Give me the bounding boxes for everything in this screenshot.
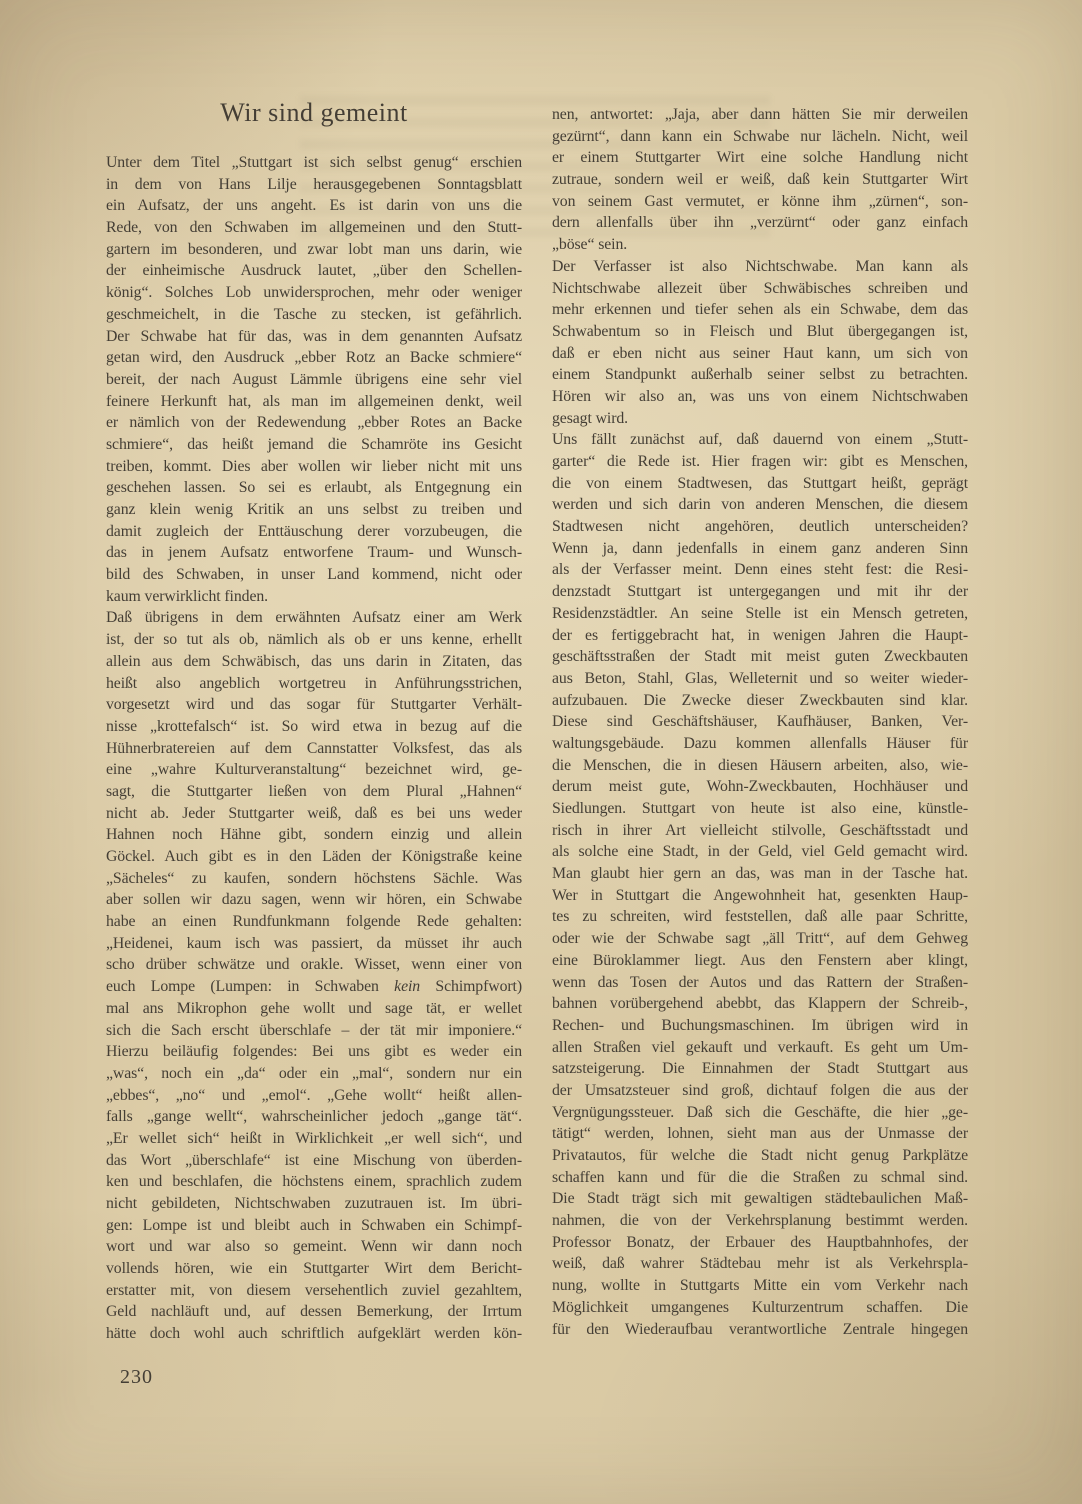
paragraph: Unter dem Titel „Stuttgart ist sich selb… bbox=[106, 152, 522, 607]
text-line: geschehen lassen. So sei es erlaubt, als… bbox=[106, 477, 522, 499]
text-line: bahnen vorübergehend abebbt, das Klapper… bbox=[552, 993, 968, 1015]
text-line: kaum verwirklicht finden. bbox=[106, 586, 522, 608]
text-line: gartern im besonderen, und zwar lobt man… bbox=[106, 239, 522, 261]
text-line: Hahnen noch Hähne gibt, sondern einzig u… bbox=[106, 824, 522, 846]
text-line: der einheimische Ausdruck lautet, „über … bbox=[106, 260, 522, 282]
text-line: Nichtschwabe allezeit über Schwäbisches … bbox=[552, 278, 968, 300]
text-line: oder wie der Schwabe sagt „äll Tritt“, a… bbox=[552, 928, 968, 950]
italic-text: kein bbox=[394, 978, 420, 995]
text-line: er nämlich von der Redewendung „ebber Ro… bbox=[106, 412, 522, 434]
text-line: erstatter mit, von diesem versehentlich … bbox=[106, 1280, 522, 1302]
text-line: allein aus dem Schwäbisch, das uns darin… bbox=[106, 651, 522, 673]
text-line: Geld nachläuft und, auf dessen Bemerkung… bbox=[106, 1301, 522, 1323]
text-line: wort und war also so gemeint. Wenn wir d… bbox=[106, 1236, 522, 1258]
text-line: könig“. Solches Lob unwidersprochen, meh… bbox=[106, 282, 522, 304]
text-line: falls „gange wellt“, wahrscheinlicher je… bbox=[106, 1106, 522, 1128]
text-line: eine „wahre Kulturveranstaltung“ bezeich… bbox=[106, 759, 522, 781]
text-line: Siedlungen. Stuttgart von heute ist also… bbox=[552, 798, 968, 820]
text-line: als solche eine Stadt, in der Geld, viel… bbox=[552, 841, 968, 863]
text-line: tes zu schreiten, wird feststellen, daß … bbox=[552, 906, 968, 928]
text-line: „ebbes“, „no“ und „emol“. „Gehe wollt“ h… bbox=[106, 1085, 522, 1107]
paragraph: Uns fällt zunächst auf, daß dauernd von … bbox=[552, 429, 968, 1340]
text-line: nung, wollte in Stuttgarts Mitte ein vom… bbox=[552, 1275, 968, 1297]
text-line: Der Schwabe hat für das, was in dem gena… bbox=[106, 326, 522, 348]
text-line: getan wird, den Ausdruck „ebber Rotz an … bbox=[106, 347, 522, 369]
text-line: satzsteigerung. Die Einnahmen der Stadt … bbox=[552, 1058, 968, 1080]
paragraph: Der Verfasser ist also Nichtschwabe. Man… bbox=[552, 256, 968, 430]
text-line: Professor Bonatz, der Erbauer des Hauptb… bbox=[552, 1232, 968, 1254]
text-line: die Menschen, die in diesen Häusern arbe… bbox=[552, 755, 968, 777]
text-line: nen, antwortet: „Jaja, aber dann hätten … bbox=[552, 104, 968, 126]
text-line: waltungsgebäude. Dazu kommen allenfalls … bbox=[552, 733, 968, 755]
text-line: wenn das Tosen der Autos und das Rattern… bbox=[552, 972, 968, 994]
text-line: zutraue, sondern weil er weiß, daß kein … bbox=[552, 169, 968, 191]
text-line: eine Büroklammer liegt. Aus den Fenstern… bbox=[552, 950, 968, 972]
text-line: „Heidenei, kaum isch was passiert, da mü… bbox=[106, 933, 522, 955]
text-line: ken und beschlafen, die höchstens einem,… bbox=[106, 1171, 522, 1193]
text-line: der es fertiggebracht hat, in wenigen Ja… bbox=[552, 625, 968, 647]
text-line: einem Standpunkt außerhalb seiner selbst… bbox=[552, 364, 968, 386]
text-line: Wer in Stuttgart die Angewohnheit hat, g… bbox=[552, 885, 968, 907]
text-line: „was“, noch ein „da“ oder ein „mal“, son… bbox=[106, 1063, 522, 1085]
text-line: schaffen kann und für die die Straßen zu… bbox=[552, 1167, 968, 1189]
left-column: Unter dem Titel „Stuttgart ist sich selb… bbox=[106, 152, 522, 1345]
text-line: sich die Sach erscht überschlafe – der t… bbox=[106, 1020, 522, 1042]
text-line: gesagt wird. bbox=[552, 408, 968, 430]
text-line: daß er eben nicht aus seiner Haut kann, … bbox=[552, 343, 968, 365]
text-line: nicht gebildeten, Nichtschwaben zuzutrau… bbox=[106, 1193, 522, 1215]
text-line: Privatautos, für welche die Stadt nicht … bbox=[552, 1145, 968, 1167]
text-segment: Schimpfwort) bbox=[420, 978, 522, 995]
text-line: Daß übrigens in dem erwähnten Aufsatz ei… bbox=[106, 607, 522, 629]
text-line: Diese sind Geschäftshäuser, Kaufhäuser, … bbox=[552, 711, 968, 733]
text-line: der Umsatzsteuer sind groß, dichtauf fol… bbox=[552, 1080, 968, 1102]
page-title: Wir sind gemeint bbox=[106, 98, 522, 128]
text-line: bereit, der nach August Lämmle übrigens … bbox=[106, 369, 522, 391]
right-column: nen, antwortet: „Jaja, aber dann hätten … bbox=[552, 104, 968, 1340]
text-line: euch Lompe (Lumpen: in Schwaben kein Sch… bbox=[106, 976, 522, 998]
text-line: damit zugleich der Enttäuschung derer vo… bbox=[106, 521, 522, 543]
text-line: Man glaubt hier gern an das, was man in … bbox=[552, 863, 968, 885]
text-line: Uns fällt zunächst auf, daß dauernd von … bbox=[552, 429, 968, 451]
paragraph: Daß übrigens in dem erwähnten Aufsatz ei… bbox=[106, 607, 522, 1344]
text-line: „Sächeles“ zu kaufen, sondern höchstens … bbox=[106, 868, 522, 890]
paragraph: nen, antwortet: „Jaja, aber dann hätten … bbox=[552, 104, 968, 256]
text-line: nicht ab. Jeder Stuttgarter weiß, daß es… bbox=[106, 803, 522, 825]
text-line: werden und sich darin von anderen Mensch… bbox=[552, 494, 968, 516]
text-line: Vergnügungssteuer. Daß sich die Geschäft… bbox=[552, 1102, 968, 1124]
text-line: von seinem Gast vermutet, er könne ihm „… bbox=[552, 191, 968, 213]
text-line: Schwabentum so in Fleisch und Blut überg… bbox=[552, 321, 968, 343]
text-line: denzstadt Stuttgart ist untergegangen un… bbox=[552, 581, 968, 603]
text-line: Der Verfasser ist also Nichtschwabe. Man… bbox=[552, 256, 968, 278]
text-line: Wenn ja, dann jedenfalls in einem ganz a… bbox=[552, 538, 968, 560]
text-line: Hören wir also an, was uns von einem Nic… bbox=[552, 386, 968, 408]
text-line: für den Wiederaufbau verantwortliche Zen… bbox=[552, 1319, 968, 1341]
text-line: scho drüber schwätze und orakle. Wisset,… bbox=[106, 954, 522, 976]
text-line: heißt also angeblich wortgetreu in Anfüh… bbox=[106, 673, 522, 695]
text-line: geschäftsstraßen der Stadt mit meist gut… bbox=[552, 646, 968, 668]
text-line: treiben, kommt. Dies aber wollen wir lie… bbox=[106, 456, 522, 478]
text-line: feinere Herkunft hat, als man im allgeme… bbox=[106, 391, 522, 413]
text-line: Stadtwesen nicht angehören, deutlich unt… bbox=[552, 516, 968, 538]
text-line: Hierzu beiläufig folgendes: Bei uns gibt… bbox=[106, 1041, 522, 1063]
text-line: aus Beton, Stahl, Glas, Welleternit und … bbox=[552, 668, 968, 690]
text-line: ist, der so tut als ob, nämlich als ob e… bbox=[106, 629, 522, 651]
text-line: allen Straßen viel gekauft und verkauft.… bbox=[552, 1037, 968, 1059]
text-line: Hühnerbratereien auf dem Cannstatter Vol… bbox=[106, 738, 522, 760]
text-line: als der Verfasser meint. Denn eines steh… bbox=[552, 559, 968, 581]
text-line: habe an einen Rundfunkmann folgende Rede… bbox=[106, 911, 522, 933]
text-line: Möglichkeit umgangenes Kulturzentrum sch… bbox=[552, 1297, 968, 1319]
text-line: aufzubauen. Die Zwecke dieser Zweckbaute… bbox=[552, 690, 968, 712]
text-line: er einem Stuttgarter Wirt eine solche Ha… bbox=[552, 147, 968, 169]
text-line: aber sollen wir dazu sagen, wenn wir hör… bbox=[106, 889, 522, 911]
text-line: bild des Schwaben, in unser Land kommend… bbox=[106, 564, 522, 586]
text-line: ganz klein wenig Kritik an uns selbst zu… bbox=[106, 499, 522, 521]
text-line: weiß, daß wahrer Städtebau mehr ist als … bbox=[552, 1253, 968, 1275]
text-line: die von einem Stadtwesen, das Stuttgart … bbox=[552, 473, 968, 495]
text-line: „böse“ sein. bbox=[552, 234, 968, 256]
text-line: Göckel. Auch gibt es in den Läden der Kö… bbox=[106, 846, 522, 868]
text-line: in dem von Hans Lilje herausgegebenen So… bbox=[106, 174, 522, 196]
text-line: das in jenem Aufsatz entworfene Traum- u… bbox=[106, 542, 522, 564]
book-page: Wir sind gemeint Unter dem Titel „Stuttg… bbox=[0, 0, 1082, 1504]
text-line: tätigt“ werden, lohnen, sieht man aus de… bbox=[552, 1123, 968, 1145]
text-line: nahmen, die von der Verkehrsplanung best… bbox=[552, 1210, 968, 1232]
text-segment: euch Lompe (Lumpen: in Schwaben bbox=[106, 978, 394, 995]
text-line: Die Stadt trägt sich mit gewaltigen städ… bbox=[552, 1188, 968, 1210]
text-line: derum meist gute, Wohn-Zweckbauten, Hoch… bbox=[552, 776, 968, 798]
text-line: gen: Lompe ist und bleibt auch in Schwab… bbox=[106, 1215, 522, 1237]
text-line: nisse „krottefalsch“ ist. So wird etwa i… bbox=[106, 716, 522, 738]
text-line: gezürnt“, dann kann ein Schwabe nur läch… bbox=[552, 126, 968, 148]
text-line: mehr erkennen und tiefer sehen als ein S… bbox=[552, 299, 968, 321]
text-line: Rede, von den Schwaben im allgemeinen un… bbox=[106, 217, 522, 239]
text-line: ein Aufsatz, der uns angeht. Es ist dari… bbox=[106, 195, 522, 217]
text-line: geschmeichelt, in die Tasche zu stecken,… bbox=[106, 304, 522, 326]
text-line: risch in ihrer Art vielleicht stilvolle,… bbox=[552, 820, 968, 842]
text-line: „Er wellet sich“ heißt in Wirklichkeit „… bbox=[106, 1128, 522, 1150]
text-line: dern allenfalls über ihn „verzürnt“ oder… bbox=[552, 212, 968, 234]
text-line: Rechen- und Buchungsmaschinen. Im übrige… bbox=[552, 1015, 968, 1037]
text-line: sagt, die Stuttgarter ließen von dem Plu… bbox=[106, 781, 522, 803]
page-number: 230 bbox=[120, 1366, 153, 1389]
text-line: hätte doch wohl auch schriftlich aufgekl… bbox=[106, 1323, 522, 1345]
text-line: das Wort „überschlafe“ ist eine Mischung… bbox=[106, 1150, 522, 1172]
text-line: vollends hören, wie ein Stuttgarter Wirt… bbox=[106, 1258, 522, 1280]
text-line: vorgesetzt wird und das sogar für Stuttg… bbox=[106, 694, 522, 716]
text-line: Residenzstädtler. An seine Stelle ist ei… bbox=[552, 603, 968, 625]
text-line: garter“ die Rede ist. Hier fragen wir: g… bbox=[552, 451, 968, 473]
text-line: mal ans Mikrophon gehe wollt und sage tä… bbox=[106, 998, 522, 1020]
text-line: Unter dem Titel „Stuttgart ist sich selb… bbox=[106, 152, 522, 174]
text-line: schmiere“, das heißt jemand die Schamröt… bbox=[106, 434, 522, 456]
